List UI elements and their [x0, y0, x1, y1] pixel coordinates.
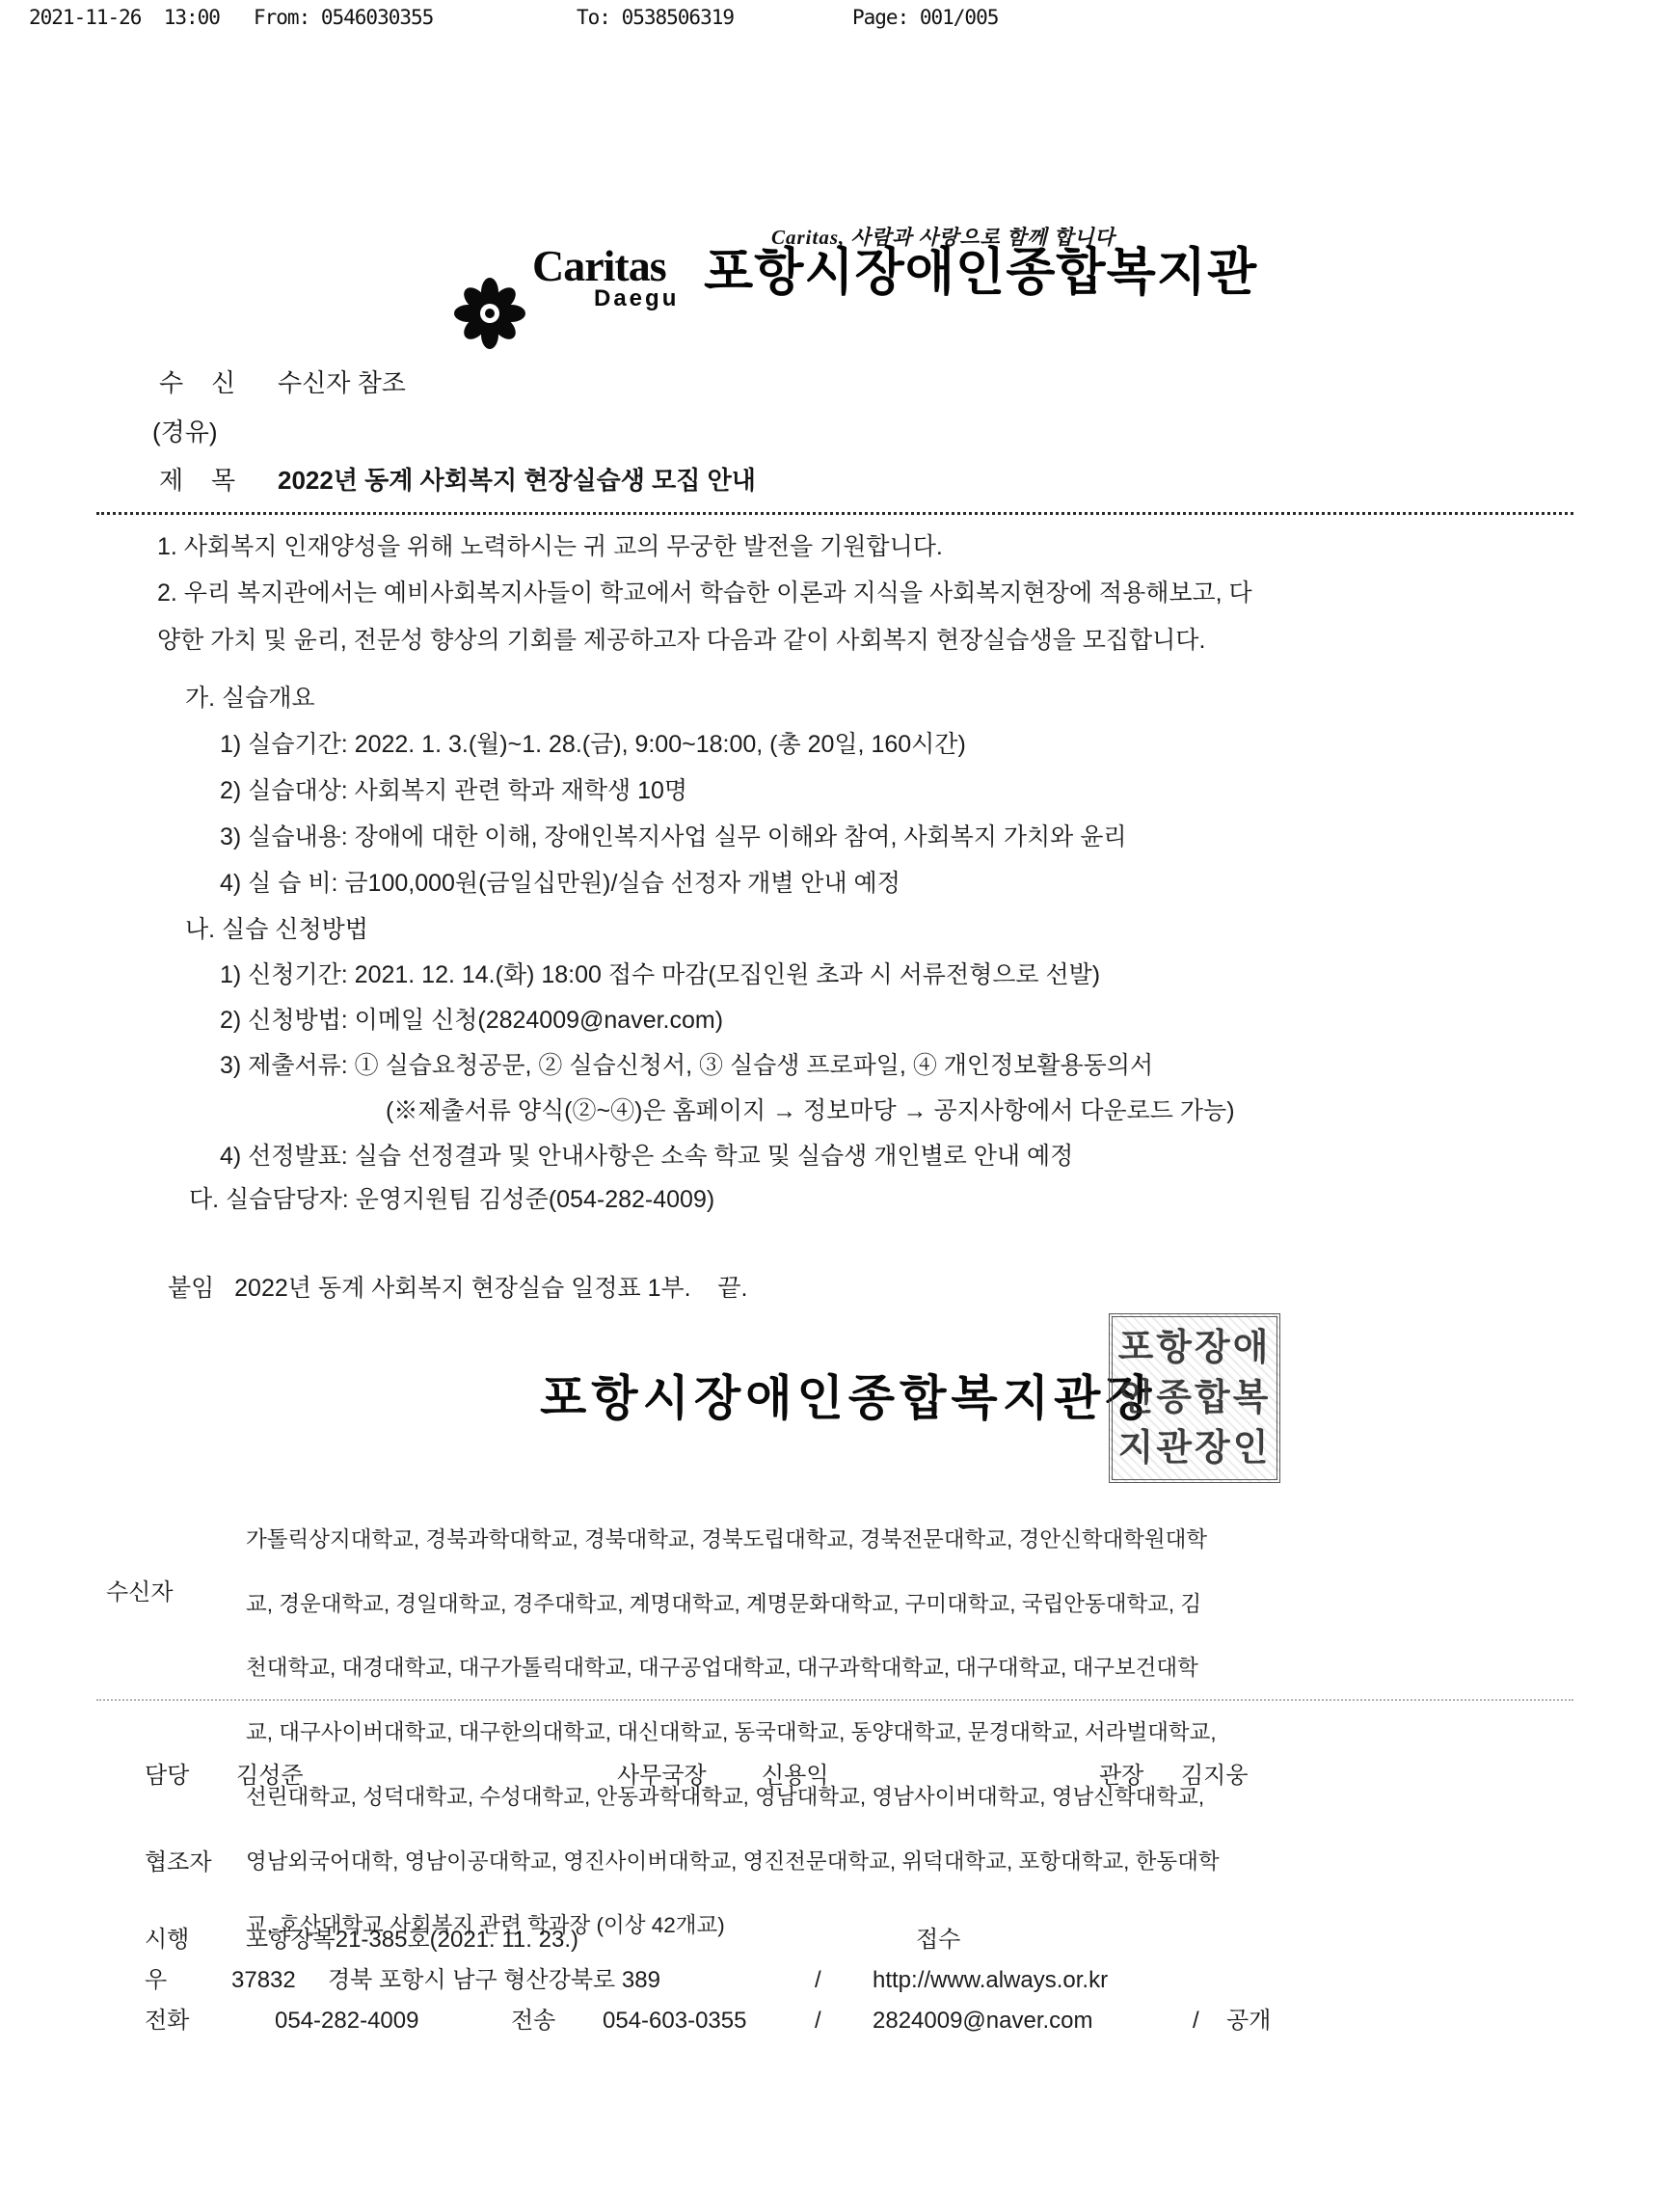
section-b-item-1: 1) 신청기간: 2021. 12. 14.(화) 18:00 접수 마감(모집… [220, 961, 1100, 989]
official-3-name: 김지웅 [1181, 1763, 1249, 1790]
recipients-list: 가톨릭상지대학교, 경북과학대학교, 경북대학교, 경북도립대학교, 경북전문대… [246, 1490, 1220, 1976]
recipients-divider-line [96, 1699, 1573, 1701]
section-b-item-4: 4) 선정발표: 실습 선정결과 및 안내사항은 소속 학교 및 실습생 개인별… [220, 1143, 1073, 1171]
fax-datetime: 2021-11-26 13:00 [29, 6, 220, 29]
recipients-line-3: 천대학교, 대경대학교, 대구가톨릭대학교, 대구공업대학교, 대구과학대학교,… [246, 1654, 1220, 1683]
body-paragraph-1: 1. 사회복지 인재양성을 위해 노력하시는 귀 교의 무궁한 발전을 기원합니… [157, 533, 943, 561]
section-a-item-1: 1) 실습기간: 2022. 1. 3.(월)~1. 28.(금), 9:00~… [220, 731, 966, 759]
website-url: http://www.always.or.kr [873, 1967, 1108, 1994]
fax-to: To: 0538506319 [577, 6, 734, 29]
section-a-item-2: 2) 실습대상: 사회복지 관련 학과 재학생 10명 [220, 777, 687, 805]
seal-row-2: 인종합복 [1118, 1373, 1272, 1423]
recipient-field-label: 수 신 [159, 369, 235, 398]
caritas-region: Daegu [594, 285, 679, 312]
subject-divider-line [96, 512, 1573, 515]
fax-number: 054-603-0355 [603, 2008, 746, 2035]
fax-label: 전송 [511, 2008, 555, 2035]
slash-separator: / [1193, 2008, 1199, 2035]
official-1-role: 담당 [145, 1763, 189, 1790]
zip-label: 우 [145, 1967, 167, 1994]
official-3-role: 관장 [1099, 1763, 1143, 1790]
section-c-heading: 다. 실습담당자: 운영지원팀 김성준(054-282-4009) [189, 1186, 714, 1214]
subject-field-label: 제 목 [159, 467, 235, 496]
official-2-role: 사무국장 [617, 1763, 707, 1790]
recipients-line-5: 선린대학교, 성덕대학교, 수성대학교, 안동과학대학교, 영남대학교, 영남사… [246, 1783, 1220, 1812]
issue-number: 포항장복21-385호(2021. 11. 23.) [246, 1927, 578, 1954]
section-a-heading: 가. 실습개요 [185, 685, 315, 713]
recipients-line-2: 교, 경운대학교, 경일대학교, 경주대학교, 계명대학교, 계명문화대학교, … [246, 1590, 1220, 1619]
zip-code: 37832 [231, 1967, 296, 1994]
signer-title: 포항시장애인종합복지관장 [540, 1371, 1157, 1427]
org-name: 포항시장애인종합복지관 [704, 244, 1257, 303]
recipient-field-value: 수신자 참조 [278, 369, 406, 398]
subject-field-value: 2022년 동계 사회복지 현장실습생 모집 안내 [278, 467, 756, 496]
body-paragraph-2-line2: 양한 가치 및 윤리, 전문성 향상의 기회를 제공하고자 다음과 같이 사회복… [157, 627, 1205, 655]
via-note: (경유) [152, 418, 218, 447]
body-paragraph-2-line1: 2. 우리 복지관에서는 예비사회복지사들이 학교에서 학습한 이론과 지식을 … [157, 580, 1252, 607]
attachment-note: 붙임 2022년 동계 사회복지 현장실습 일정표 1부. 끝. [168, 1275, 747, 1303]
section-a-item-3: 3) 실습내용: 장애에 대한 이해, 장애인복지사업 실무 이해와 참여, 사… [220, 823, 1127, 851]
seal-row-3: 지관장인 [1118, 1423, 1272, 1473]
fax-page: Page: 001/005 [852, 6, 998, 29]
issue-label: 시행 [145, 1927, 189, 1954]
disclosure-label: 공개 [1226, 2008, 1271, 2035]
recipients-line-6: 영남외국어대학, 영남이공대학교, 영진사이버대학교, 영진전문대학교, 위덕대… [246, 1848, 1220, 1876]
caritas-wordmark: Caritas [532, 241, 666, 292]
recipients-label: 수신자 [106, 1579, 174, 1606]
tel-number: 054-282-4009 [275, 2008, 418, 2035]
section-b-note: (※제출서류 양식(②~④)은 홈페이지 → 정보마당 → 공지사항에서 다운로… [386, 1097, 1235, 1125]
email-address: 2824009@naver.com [873, 2008, 1093, 2035]
address: 경북 포항시 남구 형산강북로 389 [328, 1967, 660, 1994]
slash-separator: / [815, 1967, 821, 1994]
section-b-item-2: 2) 신청방법: 이메일 신청(2824009@naver.com) [220, 1007, 723, 1035]
tel-label: 전화 [145, 2008, 189, 2035]
slash-separator: / [815, 2008, 821, 2035]
recipients-line-1: 가톨릭상지대학교, 경북과학대학교, 경북대학교, 경북도립대학교, 경북전문대… [246, 1525, 1220, 1554]
caritas-flower-icon [453, 241, 526, 386]
section-a-item-4: 4) 실 습 비: 금100,000원(금일십만원)/실습 선정자 개별 안내 … [220, 870, 900, 898]
official-seal-stamp: 포항장애 인종합복 지관장인 [1109, 1313, 1280, 1483]
fax-from: From: 0546030355 [254, 6, 433, 29]
recipients-line-4: 교, 대구사이버대학교, 대구한의대학교, 대신대학교, 동국대학교, 동양대학… [246, 1718, 1220, 1747]
section-b-heading: 나. 실습 신청방법 [185, 916, 368, 944]
official-2-name: 신용익 [762, 1763, 829, 1790]
official-1-name: 김성준 [236, 1763, 304, 1790]
cooperator-label: 협조자 [145, 1849, 212, 1876]
fax-document-page: 2021-11-26 13:00 From: 0546030355 To: 05… [0, 0, 1666, 2212]
receipt-label: 접수 [916, 1927, 960, 1954]
section-b-item-3: 3) 제출서류: ① 실습요청공문, ② 실습신청서, ③ 실습생 프로파일, … [220, 1052, 1153, 1080]
seal-row-1: 포항장애 [1118, 1323, 1272, 1373]
